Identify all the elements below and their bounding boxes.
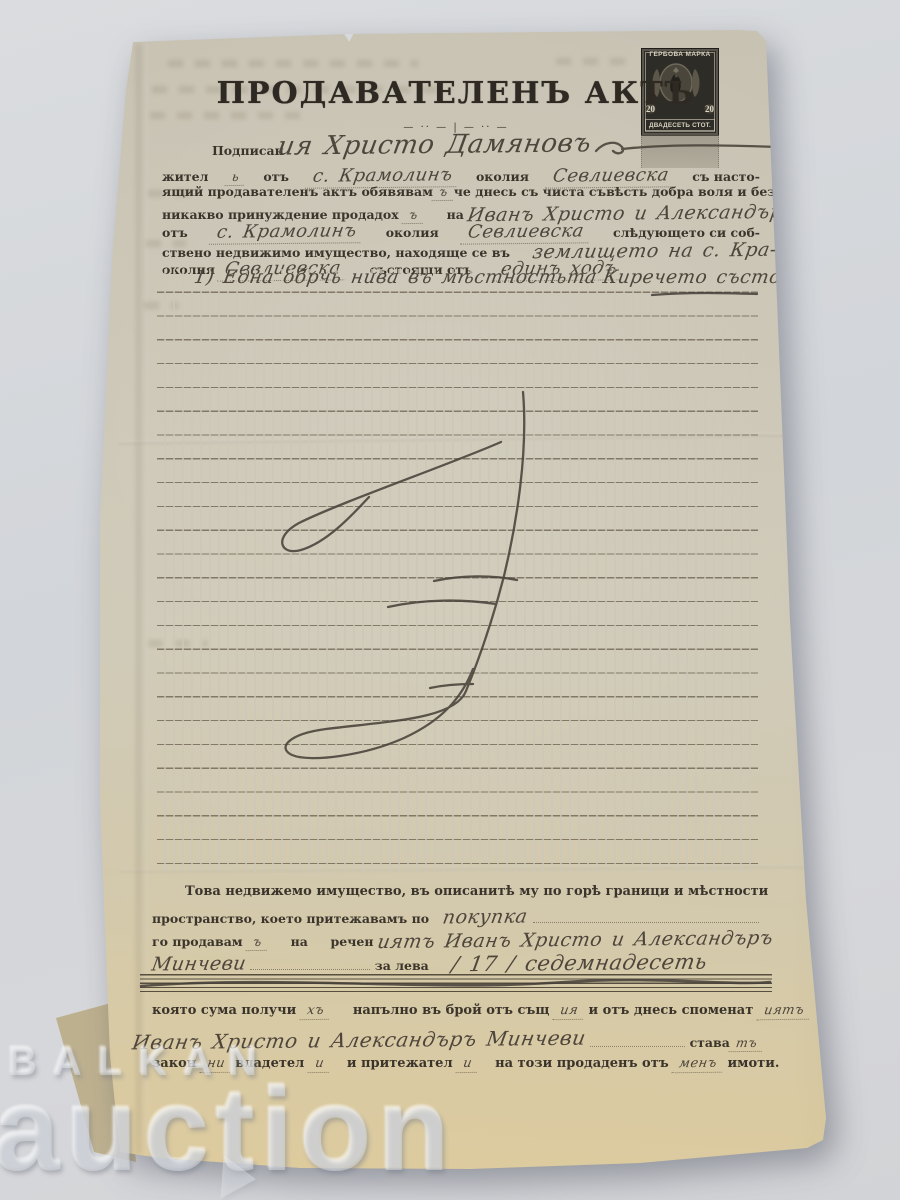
printed-text: имоти. [728, 1056, 780, 1071]
fill-in-rule [533, 908, 759, 923]
handwritten-fill: ия [553, 1003, 586, 1020]
printed-text: отъ [162, 225, 188, 240]
photo-scene: ГЕРБОВА МАРКА 20 20 ДВАДЕСЕТЬ СТОТ. ПРОД… [0, 0, 900, 1200]
printed-text: околия [386, 225, 439, 240]
printed-text: и отъ днесь споменат [589, 1003, 754, 1018]
handwritten-fill: и [307, 1056, 331, 1073]
handwritten-fill: тъ [728, 1035, 764, 1052]
deed-paragraph-1: Това недвижемо имущество, въ описанитѣ м… [185, 884, 783, 899]
printed-text: и притежател [347, 1056, 453, 1071]
bleed-through-text [556, 58, 626, 65]
printed-text: отъ [263, 169, 289, 184]
printed-text: ящий продавателенъ актъ обявявам [162, 184, 433, 199]
handwritten-seller-name: ия Христо Дамяновъ [275, 128, 593, 161]
handwritten-fill: хъ [299, 1003, 331, 1020]
handwritten-fill: ни [199, 1056, 232, 1073]
handwritten-fill: и [456, 1056, 480, 1073]
deed-title: ПРОДАВАТЕЛЕНЪ АКТЪ [162, 76, 750, 111]
paper-tear-notch [341, 29, 356, 42]
printed-text: закон [152, 1056, 196, 1071]
printed-text: Подписан [212, 143, 284, 158]
deed-paragraph-3: го продавам ъ на речен иятъ Иванъ Христо… [152, 929, 750, 951]
deed-paragraph-4: Минчеви за лева / 17 / седемнадесеть [152, 951, 750, 975]
handwritten-fill: иятъ [756, 1003, 811, 1021]
manuscript-line: Киречето състояща се отъ около 130 [601, 266, 900, 290]
printed-text: жител [162, 169, 208, 184]
printed-text: на този продаденъ отъ [495, 1056, 669, 1071]
printed-text: пространство, което притежавамъ по [152, 911, 429, 926]
manuscript-line: 1) Една обрчь нива въ мѣстностьта [192, 266, 598, 290]
handwritten-buyer-names: Иванъ Христо и Александъръ Минчеви [131, 1026, 588, 1055]
bleed-through-text [168, 60, 418, 67]
printed-text: става [690, 1035, 730, 1050]
handwritten-buyer-names: иятъ Иванъ Христо и Александъръ [376, 927, 775, 953]
fill-in-rule [590, 1032, 684, 1047]
separator-rule [140, 974, 772, 992]
handwritten-acquisition: покупка [441, 906, 529, 929]
printed-text: съ насто- [692, 169, 760, 184]
deed-paragraph-5: която сума получи хъ напълно въ брой отъ… [152, 1003, 764, 1020]
printed-text: речен [331, 934, 374, 949]
handwritten-fill: ъ [246, 934, 270, 951]
paper-shadow: ГЕРБОВА МАРКА 20 20 ДВАДЕСЕТЬ СТОТ. ПРОД… [0, 0, 900, 1200]
form-line-3: ящий продавателенъ актъ обявявам ъ че дн… [162, 184, 760, 201]
ruled-lines [157, 269, 758, 873]
printed-text: че днесь съ чиста съвѣсть добра воля и б… [454, 184, 785, 199]
deed-paragraph-6: Иванъ Христо и Александъръ Минчеви става… [133, 1028, 763, 1052]
handwritten-fill: менъ [672, 1056, 725, 1074]
handwritten-property-description: 1) Една обрчь нива въ мѣстностьта Кирече… [172, 266, 762, 290]
printed-text: околия [476, 169, 529, 184]
printed-text: слѣдующето си соб- [613, 225, 760, 240]
handwritten-price: / 17 / седемнадесеть [449, 950, 708, 977]
bleed-through-text [150, 112, 300, 119]
printed-text: го продавам [152, 934, 243, 949]
printed-text: Това недвижемо имущество, въ описанитѣ м… [185, 884, 768, 899]
printed-text: напълно въ брой отъ същ [353, 1003, 550, 1018]
handwritten-surname: Минчеви [150, 953, 248, 976]
printed-text: владетел [235, 1056, 304, 1071]
deed-paragraph-2: пространство, което притежавамъ по покуп… [152, 906, 764, 928]
printed-text: която сума получи [152, 1003, 296, 1018]
printed-text: на [291, 934, 308, 949]
printed-text: за лева [375, 958, 429, 973]
printed-text: на [447, 207, 464, 222]
paper-sheet: ГЕРБОВА МАРКА 20 20 ДВАДЕСЕТЬ СТОТ. ПРОД… [0, 0, 900, 1200]
handwritten-fill: ъ [432, 184, 456, 201]
deed-paragraph-7: закон ни владетел и и притежател и на то… [152, 1056, 750, 1073]
